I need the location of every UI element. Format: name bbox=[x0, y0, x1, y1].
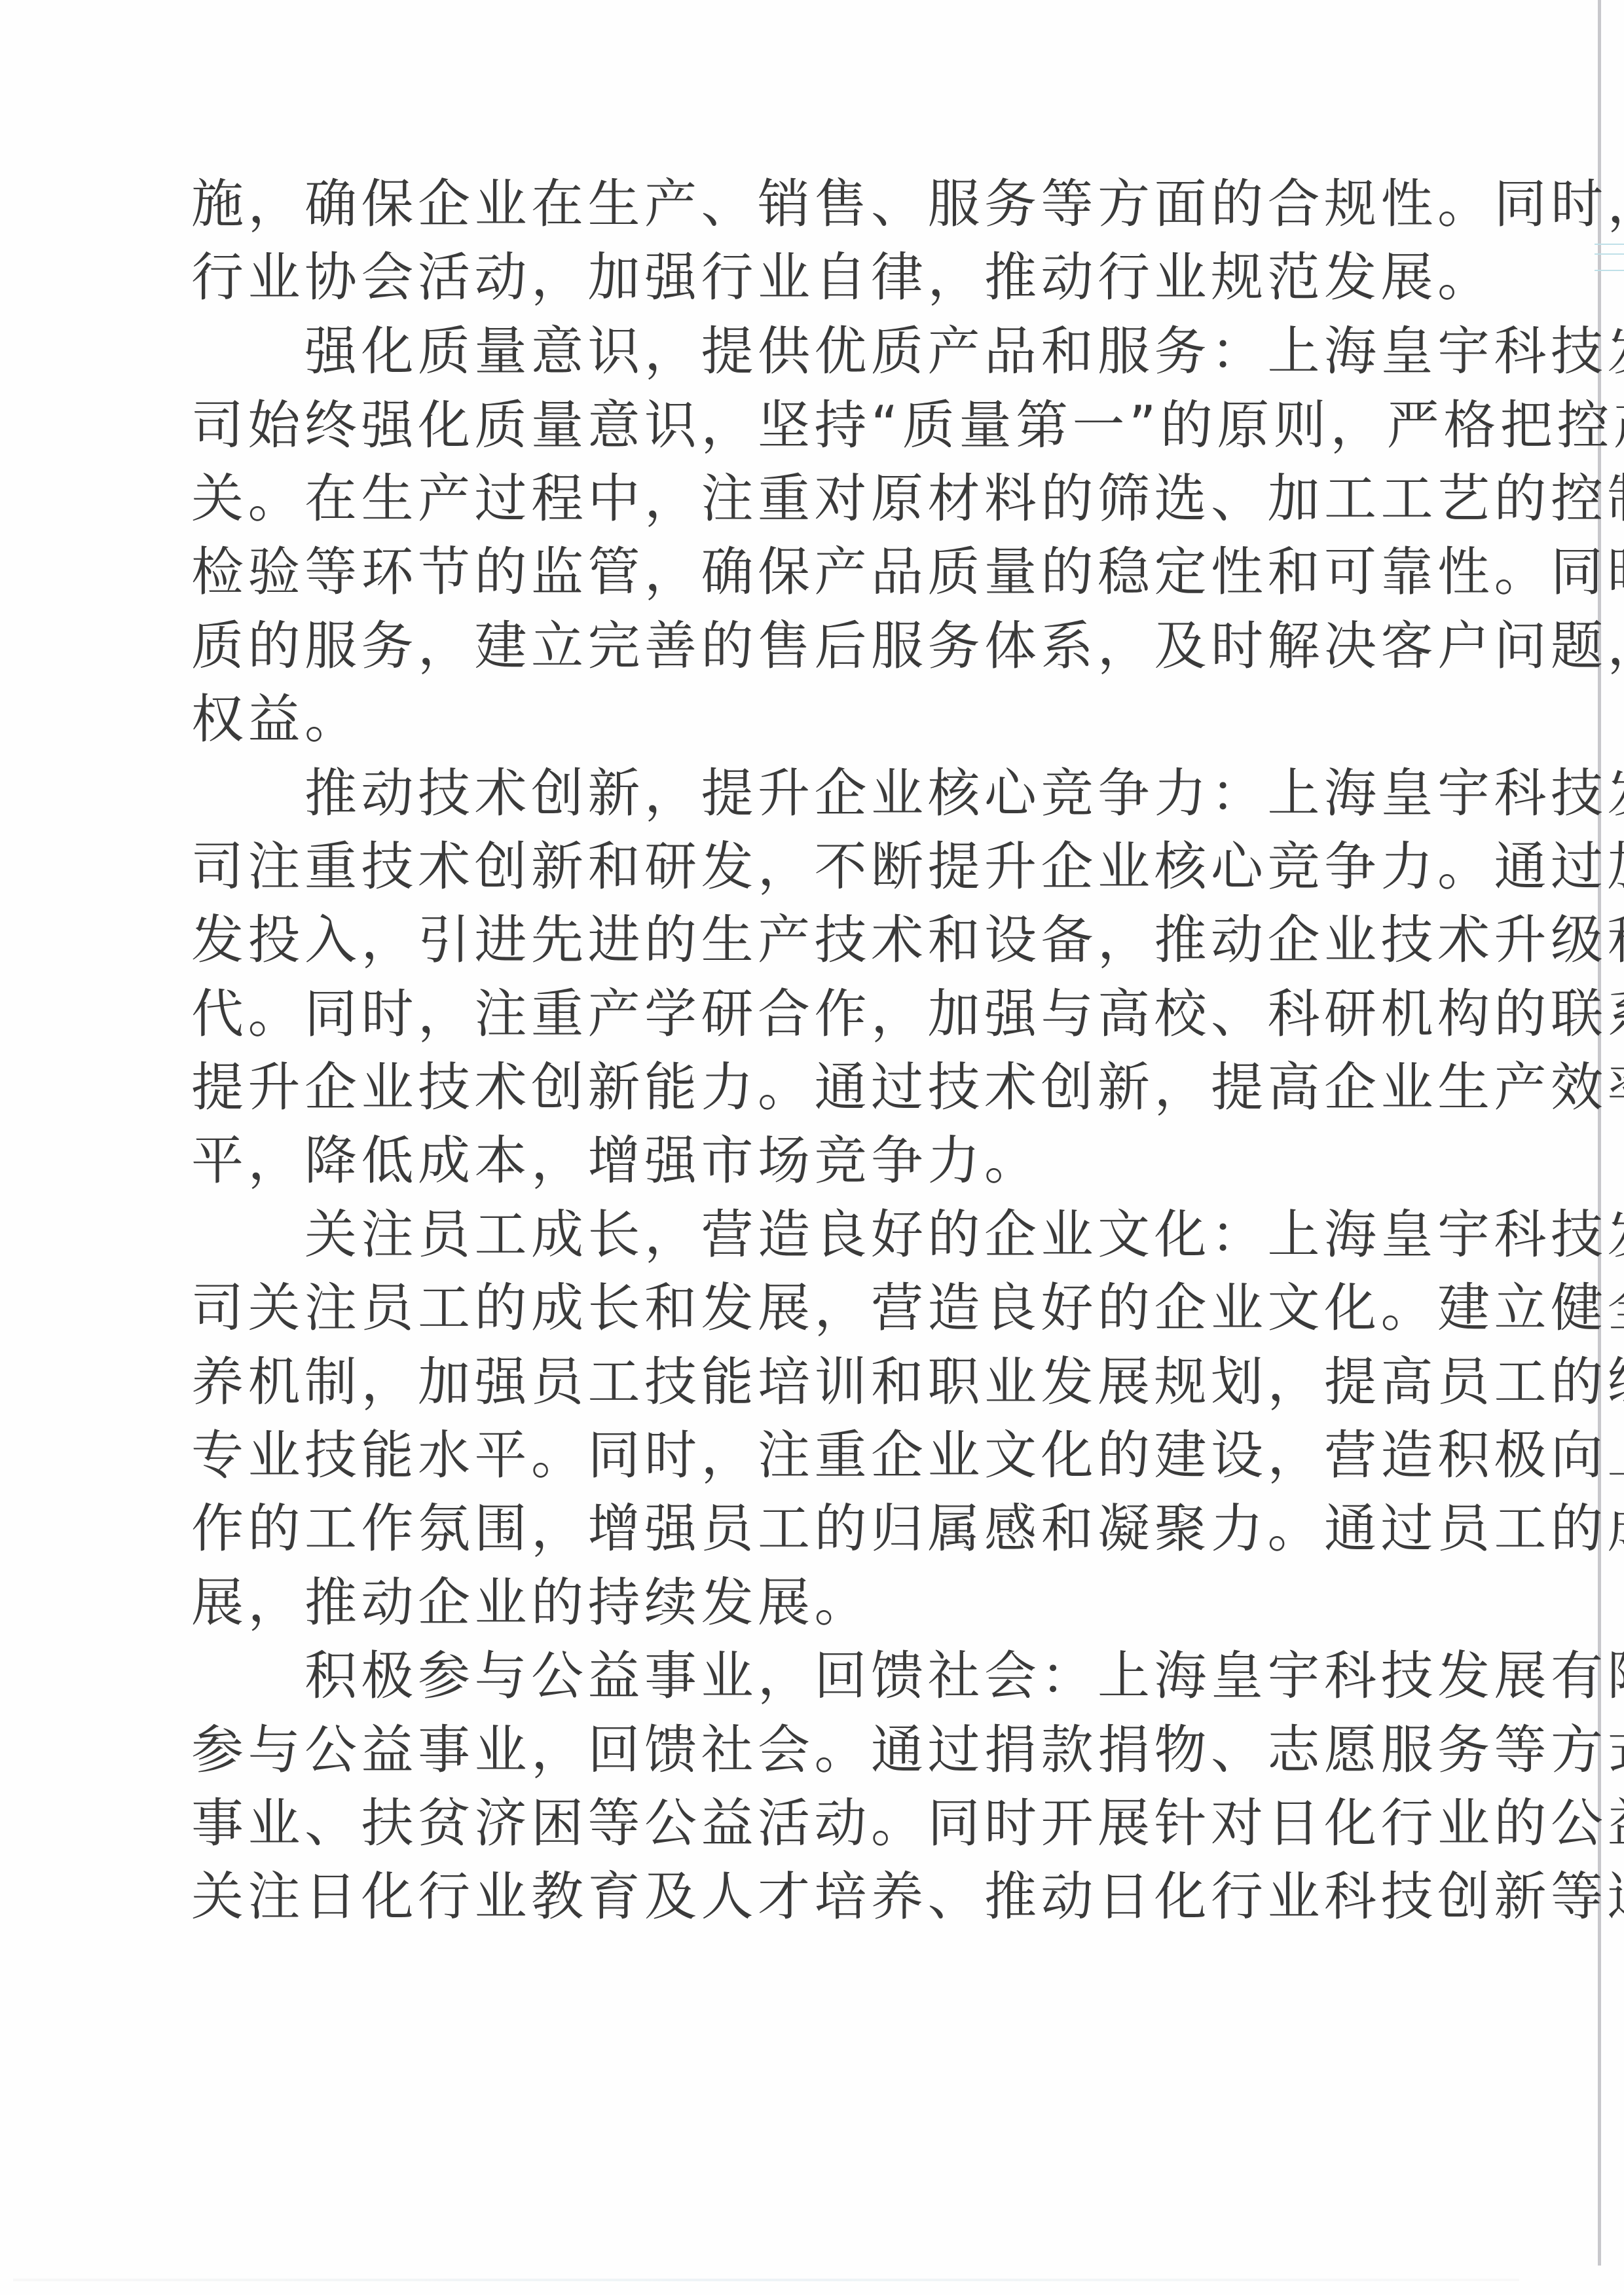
text-line: 检验等环节的监管，确保产品质量的稳定性和可靠性。同时，提供优 bbox=[191, 540, 1318, 605]
text-line: 司关注员工的成长和发展，营造良好的企业文化。建立健全的人才培 bbox=[191, 1276, 1318, 1341]
text-line: 事业、扶贫济困等公益活动。同时开展针对日化行业的公益活动比如 bbox=[191, 1791, 1318, 1856]
text-line: 关。在生产过程中，注重对原材料的筛选、加工工艺的控制以及出厂 bbox=[191, 466, 1318, 532]
text-line: 养机制，加强员工技能培训和职业发展规划，提高员工的综合素质和 bbox=[191, 1349, 1318, 1415]
text-line: 参与公益事业，回馈社会。通过捐款捐物、志愿服务等方式参与慈善 bbox=[191, 1717, 1318, 1783]
text-line: 提升企业技术创新能力。通过技术创新，提高企业生产效率和质量水 bbox=[191, 1055, 1318, 1120]
scan-mark bbox=[1595, 270, 1624, 271]
text-line: 权益。 bbox=[191, 687, 1318, 752]
text-line: 作的工作氛围，增强员工的归属感和凝聚力。通过员工的成长和发 bbox=[191, 1496, 1318, 1562]
scan-artifact bbox=[13, 2279, 1519, 2281]
text-line: 质的服务，建立完善的售后服务体系，及时解决客户问题，保障客户 bbox=[191, 614, 1318, 679]
paragraph-heading-line: 强化质量意识，提供优质产品和服务：上海皇宇科技发展有限公 bbox=[304, 319, 1431, 384]
scan-mark bbox=[1595, 244, 1624, 245]
text-line: 发投入，引进先进的生产技术和设备，推动企业技术升级和产品换 bbox=[191, 908, 1318, 973]
scan-mark bbox=[1595, 253, 1624, 255]
text-line: 展，推动企业的持续发展。 bbox=[191, 1570, 1318, 1636]
text-line: 代。同时，注重产学研合作，加强与高校、科研机构的联系与合作， bbox=[191, 982, 1318, 1047]
text-line: 行业协会活动，加强行业自律，推动行业规范发展。 bbox=[191, 245, 1318, 310]
text-line: 专业技能水平。同时，注重企业文化的建设，营造积极向上、团结协 bbox=[191, 1423, 1318, 1488]
document-page: 施，确保企业在生产、销售、服务等方面的合规性。同时，积极参与 行业协会活动，加强… bbox=[0, 0, 1624, 2295]
text-line: 关注日化行业教育及人才培养、推动日化行业科技创新等通过这些方 bbox=[191, 1864, 1318, 1930]
paragraph-heading-line: 关注员工成长，营造良好的企业文化：上海皇宇科技发展有限公 bbox=[304, 1202, 1431, 1268]
text-line: 司注重技术创新和研发，不断提升企业核心竞争力。通过加大技术研 bbox=[191, 834, 1318, 900]
text-line: 平，降低成本，增强市场竞争力。 bbox=[191, 1128, 1318, 1194]
paragraph-heading-line: 推动技术创新，提升企业核心竞争力：上海皇宇科技发展有限公 bbox=[304, 761, 1431, 826]
text-line: 施，确保企业在生产、销售、服务等方面的合规性。同时，积极参与 bbox=[191, 172, 1318, 237]
paragraph-heading-line: 积极参与公益事业，回馈社会：上海皇宇科技发展有限公司积极 bbox=[304, 1643, 1431, 1709]
text-line: 司始终强化质量意识，坚持“质量第一”的原则，严格把控产品质量 bbox=[191, 393, 1318, 458]
